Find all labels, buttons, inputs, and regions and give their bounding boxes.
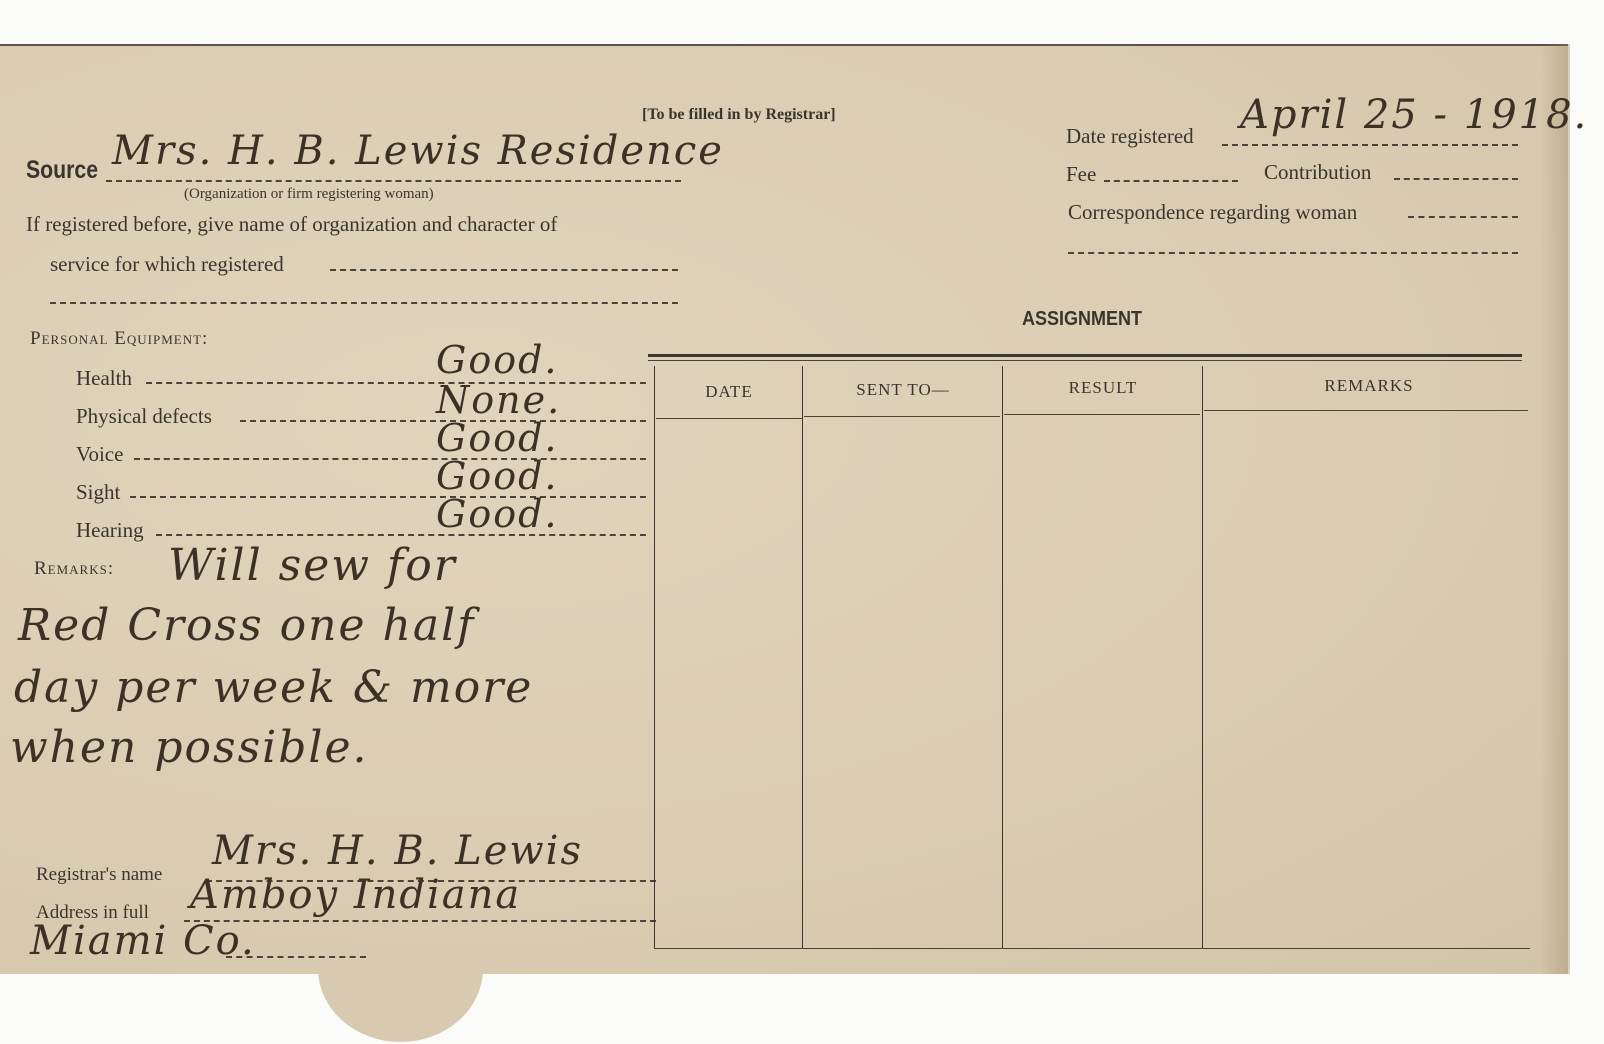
correspondence-field-2[interactable] — [1068, 240, 1518, 254]
contribution-field[interactable] — [1394, 164, 1518, 180]
previous-registration-field[interactable] — [330, 255, 678, 271]
fee-field[interactable] — [1104, 166, 1238, 182]
column-header-remarks: REMARKS — [1204, 376, 1534, 396]
table-bottom-rule — [654, 948, 1530, 949]
header-underline-result — [1004, 414, 1200, 415]
date-registered-value: April 25 - 1918. — [1240, 92, 1588, 138]
remarks-line-2: Red Cross one half — [18, 600, 475, 651]
correspondence-field[interactable] — [1408, 202, 1518, 218]
table-border-left — [654, 366, 655, 948]
table-divider-1 — [802, 366, 803, 948]
previous-registration-line2: service for which registered — [50, 252, 284, 277]
registrar-name-value: Mrs. H. B. Lewis — [212, 828, 583, 874]
address-line-1: Amboy Indiana — [190, 872, 521, 918]
source-label: Source — [26, 156, 98, 185]
contribution-label: Contribution — [1264, 160, 1371, 185]
column-header-sent-to: SENT TO— — [804, 380, 1002, 400]
header-underline-date — [656, 418, 802, 419]
card-edge-shadow — [1540, 44, 1570, 974]
previous-registration-field-2[interactable] — [50, 290, 678, 304]
source-caption: (Organization or firm registering woman) — [184, 186, 434, 203]
hearing-field[interactable] — [156, 518, 646, 536]
sight-field[interactable] — [130, 480, 646, 498]
source-value: Mrs. H. B. Lewis Residence — [112, 128, 724, 174]
voice-label: Voice — [76, 442, 123, 467]
fee-label: Fee — [1066, 162, 1096, 187]
table-top-rule-2 — [648, 360, 1522, 361]
table-divider-3 — [1202, 366, 1203, 948]
health-value: Good. — [436, 338, 559, 382]
remarks-label: Remarks: — [34, 558, 114, 580]
remarks-line-4: when possible. — [10, 722, 369, 773]
table-divider-2 — [1002, 366, 1003, 948]
column-header-date: DATE — [656, 382, 802, 402]
correspondence-label: Correspondence regarding woman — [1068, 200, 1357, 225]
remarks-line-1: Will sew for — [168, 540, 457, 591]
hearing-label: Hearing — [76, 518, 144, 543]
header-underline-sent-to — [804, 416, 1000, 417]
personal-equipment-heading: Personal Equipment: — [30, 328, 208, 350]
registrar-name-label: Registrar's name — [36, 864, 162, 886]
card-index-tab — [318, 960, 483, 1042]
health-label: Health — [76, 366, 132, 391]
date-registered-label: Date registered — [1066, 124, 1194, 149]
address-line-2: Miami Co. — [30, 918, 256, 964]
health-field[interactable] — [146, 366, 646, 384]
registrar-note: [To be filled in by Registrar] — [642, 106, 836, 124]
previous-registration-line1: If registered before, give name of organ… — [26, 212, 557, 237]
column-header-result: RESULT — [1004, 378, 1202, 398]
sight-label: Sight — [76, 480, 120, 505]
physical-defects-label: Physical defects — [76, 404, 212, 429]
table-top-rule — [648, 354, 1522, 357]
remarks-line-3: day per week & more — [14, 662, 533, 713]
hearing-value: Good. — [436, 492, 559, 536]
assignment-title: ASSIGNMENT — [1022, 308, 1142, 331]
header-underline-remarks — [1204, 410, 1528, 411]
voice-field[interactable] — [134, 442, 646, 460]
